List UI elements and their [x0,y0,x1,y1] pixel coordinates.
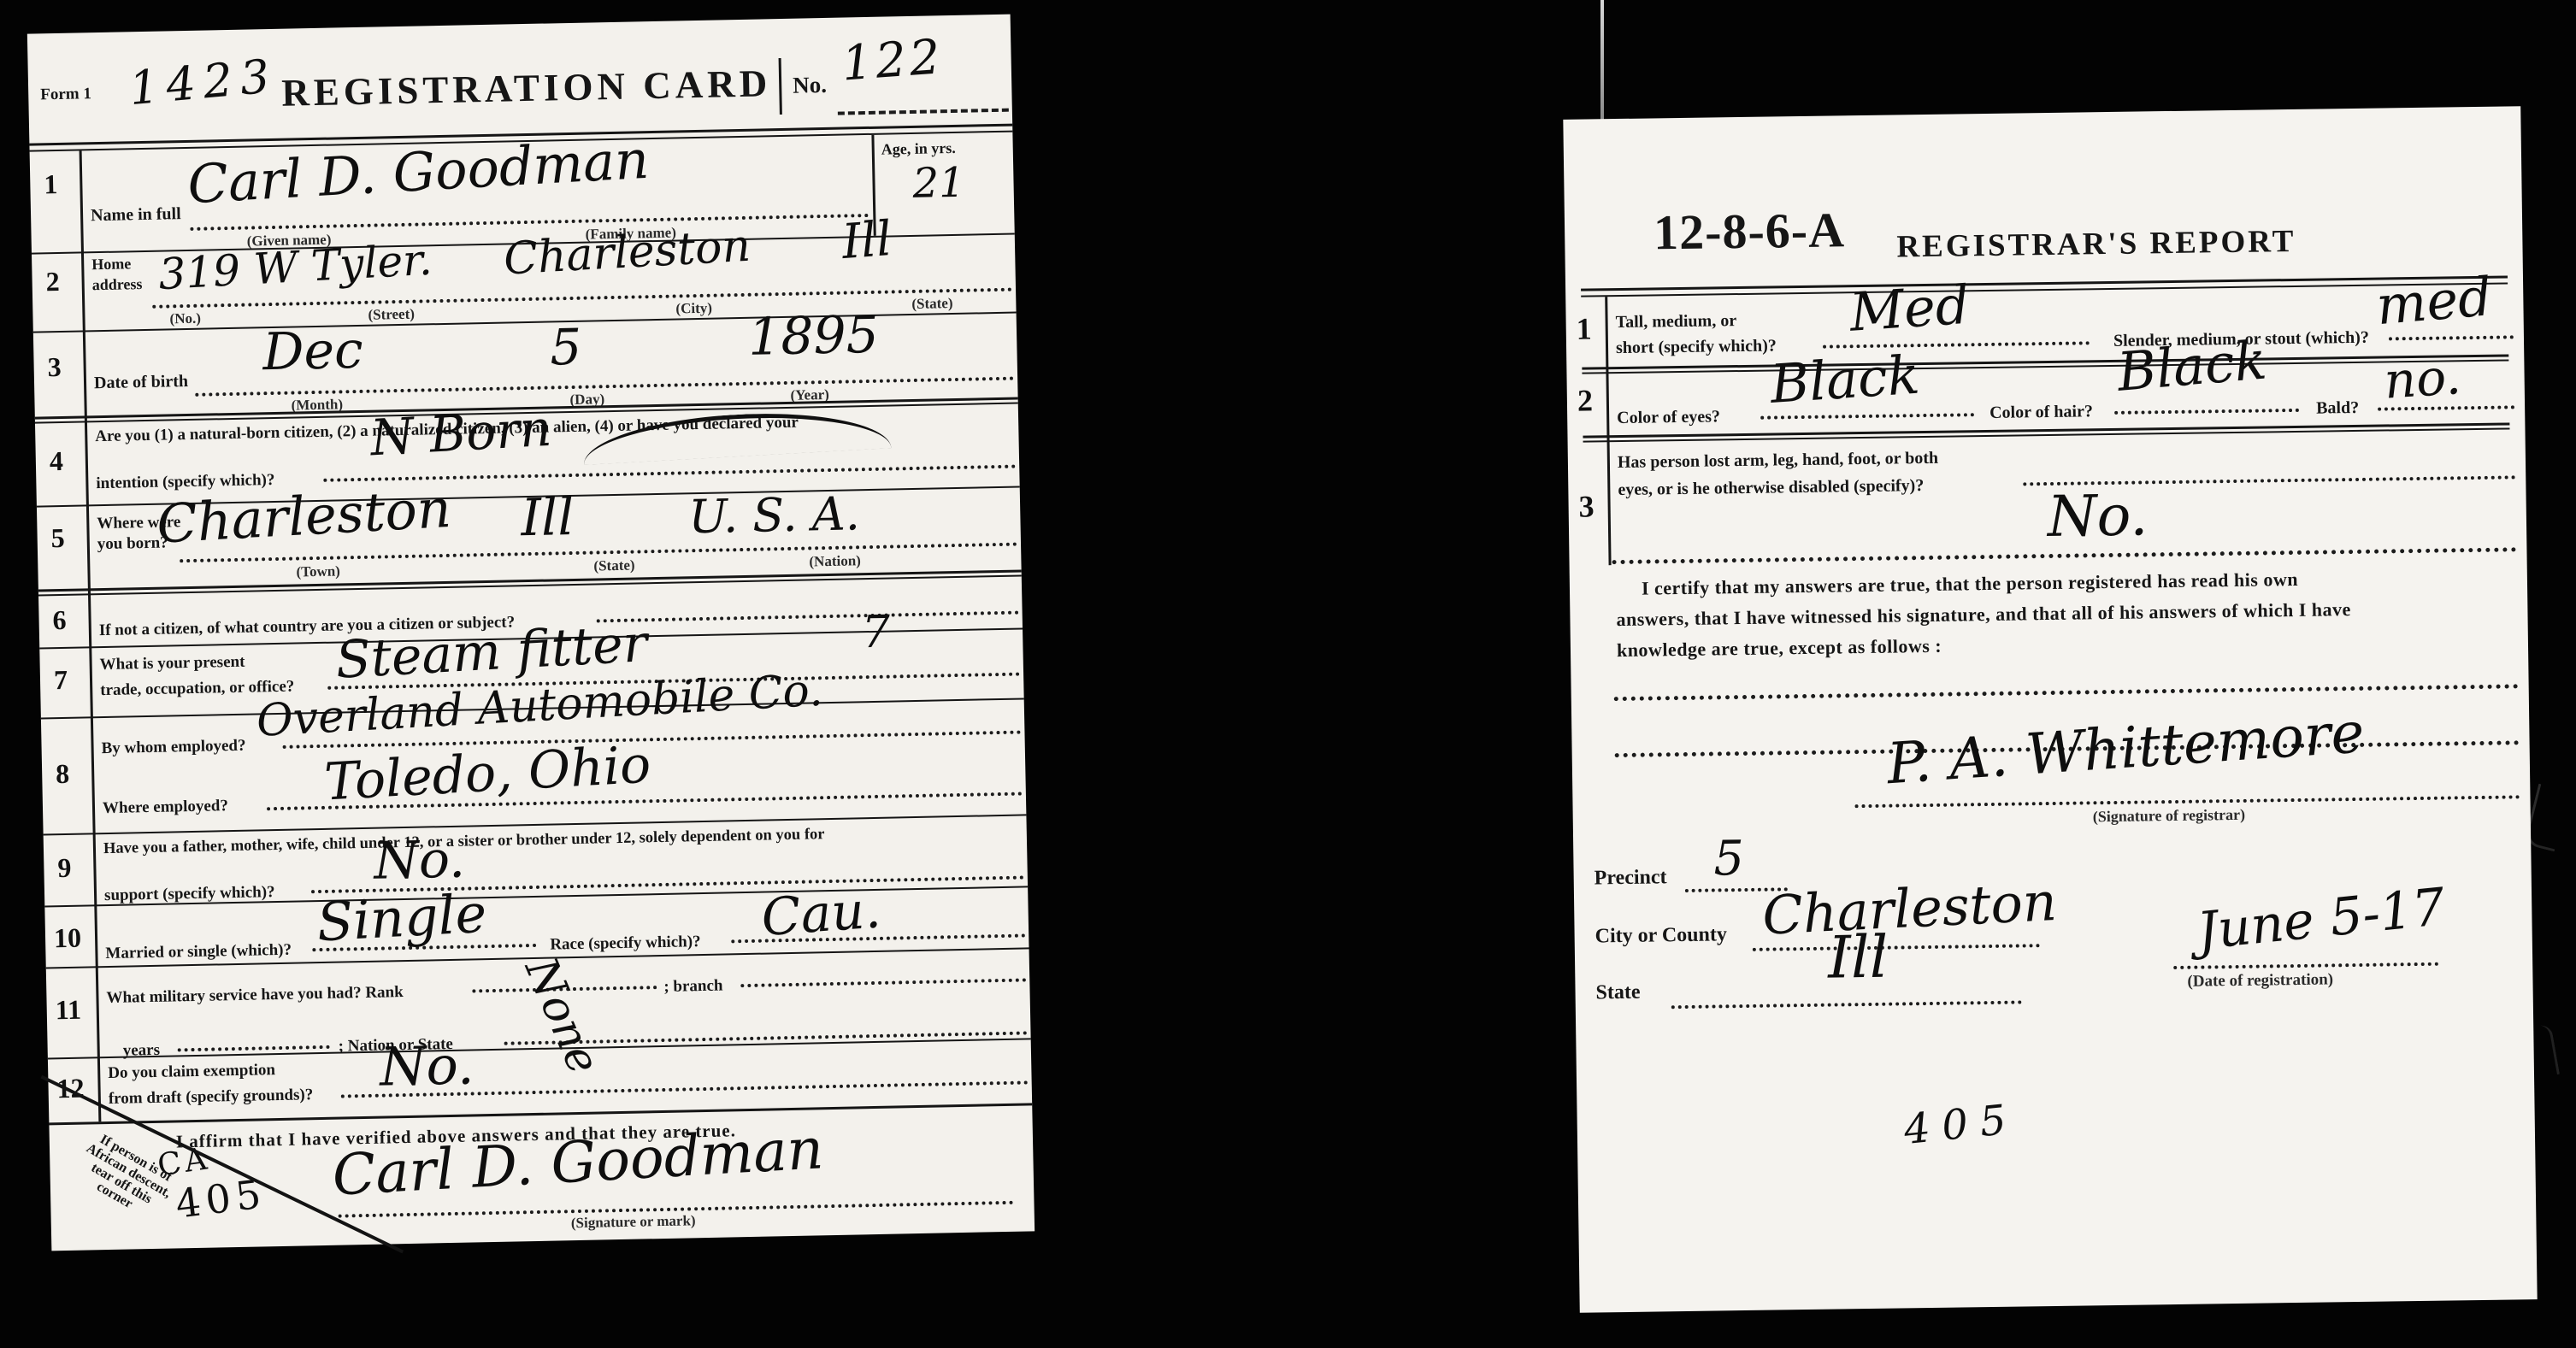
report-code: 12-8-6-A [1653,204,1846,259]
born-state-sublabel: (State) [593,557,635,575]
name-line [190,214,869,231]
scanned-document-page: Form 1 1423 REGISTRATION CARD No. 122 Ag… [0,0,2576,1348]
build-answer-handwritten: med [2374,270,2494,333]
report-row3-number: 3 [1578,488,1595,524]
height-answer-handwritten: Med [1848,279,1972,339]
name-label: Name in full [91,205,181,225]
disability-label1: Has person lost arm, leg, hand, foot, or… [1618,450,1938,472]
branch-label: ; branch [663,978,723,996]
address-state-handwritten: Ill [840,215,893,267]
military-answer-handwritten: None [518,951,606,1080]
where-employed-label: Where employed? [103,798,228,817]
town-sublabel: (Town) [296,562,340,580]
city-county-value-handwritten: Charleston [1761,875,2058,943]
no-label: No. [793,73,827,97]
row6-number: 6 [52,604,67,636]
age-label: Age, in yrs. [881,140,956,158]
row5-rule [38,569,1022,592]
precinct-label: Precinct [1595,867,1667,889]
row12-rule [49,1103,1032,1125]
report-row1-number: 1 [1576,310,1592,346]
nation-sublabel: (Nation) [809,552,861,570]
signature-label: (Signature or mark) [571,1212,696,1232]
row3-number: 3 [47,351,62,383]
registration-card: Form 1 1423 REGISTRATION CARD No. 122 Ag… [27,15,1035,1251]
hair-line [2114,409,2299,415]
certify-line2: answers, that I have witnessed his signa… [1616,599,2351,629]
row1-number: 1 [44,168,58,200]
registration-date-handwritten: June 5-17 [2195,881,2447,957]
dob-label: Date of birth [94,373,188,392]
address-city-handwritten: Charleston [503,224,752,282]
dependents-answer-handwritten: No. [374,834,466,887]
row2-number: 2 [45,266,60,297]
citizen-of-line [597,611,1019,623]
certify-line3: knowledge are true, except as follows : [1617,636,1942,660]
report-number-column-rule [1605,297,1611,565]
exemption-answer-handwritten: No. [380,1039,475,1093]
build-line [2389,335,2514,340]
header-divider [779,58,782,115]
registration-date-line [2173,962,2438,969]
registrars-report-card: 12-8-6-A REGISTRAR'S REPORT 1 Tall, medi… [1563,106,2537,1313]
registrar-signature-handwritten: P. A. Whittemore [1885,704,2366,792]
report-row3-line [1612,547,2517,564]
report-stamp-405-handwritten: 405 [1902,1098,2020,1151]
scan-seam-line [1600,0,1604,121]
height-label2: short (specify which)? [1616,337,1777,357]
state-sublabel: (State) [911,295,953,313]
certify-line1: I certify that my answers are true, that… [1642,569,2298,598]
address-no-handwritten: 319 W Tyler. [157,238,433,297]
registration-date-label: (Date of registration) [2187,970,2333,991]
no-value-handwritten: 122 [840,33,946,88]
race-label: Race (specify which)? [550,933,701,953]
married-handwritten: Single [315,887,488,950]
disability-label2: eyes, or is he otherwise disabled (speci… [1618,477,1924,499]
height-label1: Tall, medium, or [1615,312,1736,332]
registrar-signature-label: (Signature of registrar) [2093,806,2246,826]
where-employed-handwritten: Toledo, Ohio [323,739,652,809]
row9-number: 9 [57,852,72,884]
branch-line [740,978,1026,987]
married-label: Married or single (which)? [105,942,292,962]
military-label: What military service have you had? Rank [106,984,404,1007]
address-no-sublabel: (No.) [169,310,201,328]
exemption-label2: from draft (specify grounds)? [109,1086,314,1108]
dob-year-handwritten: 1895 [748,309,880,363]
card-title: REGISTRATION CARD [281,63,772,114]
report-title: REGISTRAR'S REPORT [1896,226,2296,264]
born-town-handwritten: Charleston [156,482,452,551]
row8-number: 8 [56,758,70,790]
exceptions-line1 [1614,684,2519,701]
row5-rule2 [38,574,1022,596]
hair-label: Color of hair? [1989,403,2093,422]
trade-label1: What is your present [99,654,245,674]
bald-answer-handwritten: no. [2383,351,2462,406]
number-column-rule [80,150,102,1121]
state-label: State [1595,982,1640,1004]
form-number-label: Form 1 [40,85,91,103]
city-county-label: City or County [1595,924,1727,947]
trade-answer2-handwritten: 7 [862,610,891,656]
dob-day-handwritten: 5 [550,322,582,373]
citizen-answer-flourish [581,406,891,465]
born-nation-handwritten: U. S. A. [688,491,860,540]
report-row2-number: 2 [1577,382,1594,418]
city-sublabel: (City) [675,300,712,318]
disability-answer-handwritten: No. [2047,487,2148,545]
row11-number: 11 [55,994,81,1027]
years-line [178,1045,330,1052]
precinct-value-handwritten: 5 [1713,835,1744,883]
age-value-handwritten: 21 [912,162,965,204]
bald-label: Bald? [2316,399,2359,418]
home-label: Home [91,256,131,273]
hair-answer-handwritten: Black [2115,333,2268,398]
born-state-handwritten: Ill [521,492,575,544]
citizen-answer-handwritten: N Born [369,403,553,463]
eyes-answer-handwritten: Black [1769,349,1921,411]
no-underline [838,109,1009,115]
address-label: address [92,276,143,293]
serial-number-handwritten: 1423 [127,53,280,112]
row10-number: 10 [54,922,82,955]
employer-label: By whom employed? [101,738,245,757]
street-sublabel: (Street) [368,306,415,324]
row7-number: 7 [54,664,68,696]
race-handwritten: Cau. [760,884,882,944]
state-value-handwritten: Ill [1828,929,1889,988]
state-line [1671,1000,2022,1009]
dob-month-handwritten: Dec [262,325,363,378]
eyes-label: Color of eyes? [1617,408,1720,427]
row4-number: 4 [49,445,63,477]
exemption-label1: Do you claim exemption [108,1062,275,1082]
row5-number: 5 [50,522,65,554]
